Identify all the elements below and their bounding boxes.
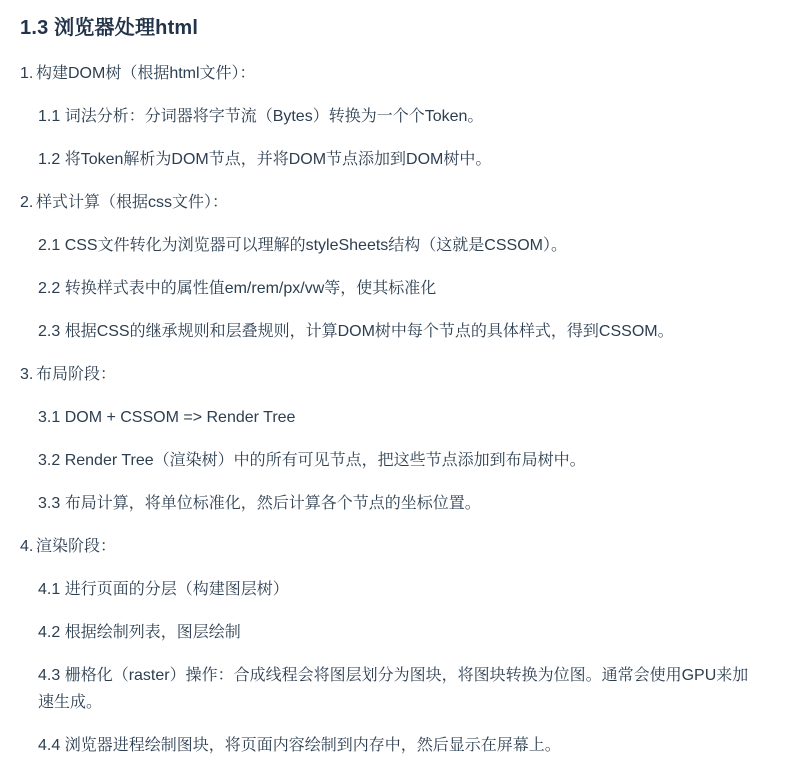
list-item-number: 4. — [20, 533, 36, 560]
list-item-head: 2. 样式计算（根据css文件）： — [20, 189, 751, 216]
list-item-label: 渲染阶段： — [36, 533, 751, 560]
sub-item: 4.1 进行页面的分层（构建图层树） — [38, 576, 751, 603]
list-item-number: 3. — [20, 361, 36, 388]
list-item-label: 样式计算（根据css文件）： — [36, 189, 751, 216]
list-item-label: 布局阶段： — [36, 361, 751, 388]
document-page: 1.3 浏览器处理html 1. 构建DOM树（根据html文件）： 1.1 词… — [20, 14, 751, 759]
sub-item: 3.3 布局计算，将单位标准化，然后计算各个节点的坐标位置。 — [38, 490, 751, 517]
sub-item: 1.1 词法分析：分词器将字节流（Bytes）转换为一个个Token。 — [38, 103, 751, 130]
sub-item: 4.2 根据绘制列表，图层绘制 — [38, 619, 751, 646]
sub-item: 1.2 将Token解析为DOM节点，并将DOM节点添加到DOM树中。 — [38, 146, 751, 173]
sub-item: 4.4 浏览器进程绘制图块，将页面内容绘制到内存中，然后显示在屏幕上。 — [38, 732, 751, 759]
sub-item: 4.3 栅格化（raster）操作：合成线程会将图层划分为图块，将图块转换为位图… — [38, 662, 751, 716]
page-title: 1.3 浏览器处理html — [20, 14, 751, 42]
list-item-4: 4. 渲染阶段： 4.1 进行页面的分层（构建图层树） 4.2 根据绘制列表，图… — [20, 533, 751, 759]
sub-item: 2.3 根据CSS的继承规则和层叠规则，计算DOM树中每个节点的具体样式，得到C… — [38, 318, 751, 345]
list-item-3: 3. 布局阶段： 3.1 DOM + CSSOM => Render Tree … — [20, 361, 751, 517]
list-item-head: 4. 渲染阶段： — [20, 533, 751, 560]
list-item-head: 3. 布局阶段： — [20, 361, 751, 388]
list-item-2: 2. 样式计算（根据css文件）： 2.1 CSS文件转化为浏览器可以理解的st… — [20, 189, 751, 345]
list-item-number: 2. — [20, 189, 36, 216]
list-item-head: 1. 构建DOM树（根据html文件）： — [20, 60, 751, 87]
list-item-number: 1. — [20, 60, 36, 87]
sub-item: 2.1 CSS文件转化为浏览器可以理解的styleSheets结构（这就是CSS… — [38, 232, 751, 259]
sub-item: 2.2 转换样式表中的属性值em/rem/px/vw等，使其标准化 — [38, 275, 751, 302]
ordered-list: 1. 构建DOM树（根据html文件）： 1.1 词法分析：分词器将字节流（By… — [20, 60, 751, 759]
list-item-label: 构建DOM树（根据html文件）： — [36, 60, 751, 87]
sub-item: 3.2 Render Tree（渲染树）中的所有可见节点，把这些节点添加到布局树… — [38, 447, 751, 474]
sub-item: 3.1 DOM + CSSOM => Render Tree — [38, 404, 751, 431]
list-item-1: 1. 构建DOM树（根据html文件）： 1.1 词法分析：分词器将字节流（By… — [20, 60, 751, 173]
